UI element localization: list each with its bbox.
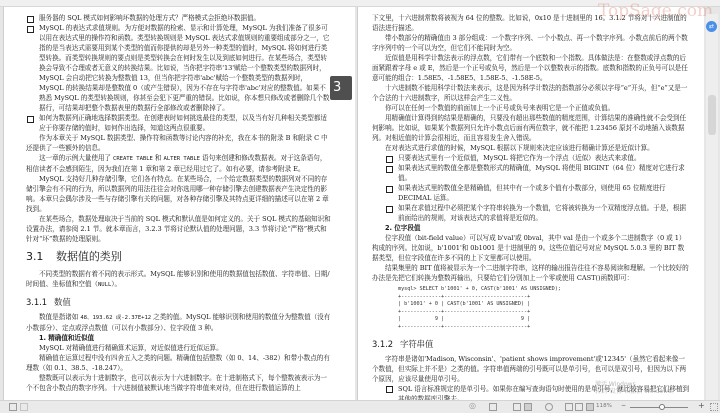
fit-page-icon[interactable] xyxy=(575,403,583,411)
play-icon[interactable] xyxy=(545,403,553,411)
eye-protection-icon[interactable]: ◎ xyxy=(469,401,478,409)
zoom-level[interactable]: 118% xyxy=(596,403,612,409)
fit-width-icon[interactable] xyxy=(565,403,573,411)
zoom-out-button[interactable]: − xyxy=(621,402,626,409)
paragraph: MySQL 支持好几种存储引擎，它们各有特点。在某些场合，一个给定数据类型的数据… xyxy=(26,174,331,214)
page-right: 下文里，十六进制常数将被视为 64 位的整数。比如说，0x10 是十进制里的 1… xyxy=(357,7,704,400)
paragraph: 在对表达式进行求值的时候，MySQL 根据以下规则来决定应该进行精确计算还是近似… xyxy=(372,143,690,153)
paragraph: 你可以在任何一个数值的前面加上一个正号或负号来表明它是一个正值或负值。 xyxy=(372,103,690,113)
text: ）。 xyxy=(111,280,121,288)
fullscreen-icon[interactable] xyxy=(710,403,718,411)
section-title: 数据值的类别 xyxy=(56,250,122,263)
bullet-item: 如果在求值过程中必须把某个字符串转换为一个数值，它将被转换为一个双精度浮点值。于… xyxy=(385,203,690,223)
paragraph: 用精确值计算得到的结果是精确的，只要没有超出那些数值的精度范围，计算结果的准确性… xyxy=(372,113,690,143)
subsection-title: 数值 xyxy=(54,297,71,307)
watermark: TopSage.com xyxy=(598,1,713,21)
scrollbar-thumb[interactable] xyxy=(708,95,716,135)
text: 不同类型的数据有着不同的表示形式。MySQL 能够识别和使用的数据值包括数值、字… xyxy=(26,270,330,288)
subsection-heading: 3.1.2字符串值 xyxy=(372,338,690,351)
subsection-number: 3.1.1 xyxy=(26,296,54,309)
bullet-item: MySQL 的表达式求值规则。为方便对数据的检索、显示和计算处理，MySQL 为… xyxy=(26,23,331,113)
code-inline: 48、193.62 或-2.37E+12 xyxy=(80,315,151,321)
collapse-icon[interactable] xyxy=(20,403,28,411)
paragraph: 十六进制数不能用科学计数法来表示，这是因为科学计数法的指数部分必须以字母“e”开… xyxy=(372,83,690,103)
subsection-title: 字符串值 xyxy=(400,339,433,349)
paragraph: 不同类型的数据有着不同的表示形式。MySQL 能够识别和使用的数据值包括数值、字… xyxy=(26,269,331,290)
paragraph: 字符串是诸如'Madison, Wisconsin'、'patient show… xyxy=(372,354,690,384)
bullet-item: 如果表达式里的数值全是精确值，但其中有一个或多个值有小数部分，则使用 65 位精… xyxy=(385,183,690,203)
page-view-icon[interactable] xyxy=(513,403,521,411)
section-number: 3.1 xyxy=(26,249,56,265)
activate-line-2: 转到"设置"以激活 Windows。 xyxy=(595,388,677,395)
subsection-number: 3.1.2 xyxy=(372,338,400,351)
paragraph: 位字段值（bit-field value）可以写成 b'val'或 0bval，… xyxy=(372,233,690,263)
paragraph: 近似值是用科学计数法表示的浮点数，它们带有一个底数和一个指数。具体做法是：在整数… xyxy=(372,53,690,83)
paragraph: 在某些场合，数据处理取决于当前的 SQL 模式和默认值是如何定义的。关于 SQL… xyxy=(26,214,331,244)
page-left: 服务器的 SQL 模式如何影响坏数据的处理方式？严格模式会拒绝坏数据值。 MyS… xyxy=(3,7,355,400)
paragraph: 带小数部分的精确值由 3 部分组成：一个数字序列、一个小数点、再一个数字序列。小… xyxy=(372,33,690,53)
section-heading: 3.1数据值的类别 xyxy=(26,249,331,265)
paragraph: 数值是指诸如 48、193.62 或-2.37E+12 之类的值。MySQL 能… xyxy=(26,312,331,333)
code-inline: NULL xyxy=(98,282,111,288)
sub-heading: 1. 精确值和近似值 xyxy=(26,333,331,343)
sub-heading: 2. 位字段值 xyxy=(372,223,690,233)
code-inline: CREATE TABLE xyxy=(113,156,153,162)
bullet-item: 只要表达式里有一个近似值，MySQL 将把它作为一个浮点（近似）表达式来求值。 xyxy=(385,153,690,163)
bullet-item: 如果表达式里的数值全都是整数形式的精确值，MySQL 将使用 BIGINT（64… xyxy=(385,163,690,183)
activate-windows-notice: 激活 Windows 转到"设置"以激活 Windows。 xyxy=(595,381,677,395)
bullet-item: 如何为数据列正确地选择数据类型。在创建表时如何挑选最佳的类型，以及当有好几种相关… xyxy=(26,113,331,133)
zoom-slider-knob[interactable] xyxy=(659,404,665,410)
vertical-scrollbar[interactable] xyxy=(706,14,718,407)
zoom-in-button[interactable]: + xyxy=(698,401,705,410)
paragraph: MySQL 对精确值进行精确算术运算，对近似值进行近似运算。 xyxy=(26,343,331,353)
page-number-badge[interactable]: 3 xyxy=(330,76,352,100)
text: 这一章的示例大量使用了 xyxy=(39,154,113,162)
translate-icon[interactable]: ⇄ xyxy=(706,21,717,32)
two-page-icon[interactable] xyxy=(524,403,532,411)
subsection-heading: 3.1.1数值 xyxy=(26,296,331,309)
paragraph: 作为本章关于 MySQL 数据类型、操作符和函数等讨论内容的补充，我在本书的附录… xyxy=(26,133,331,153)
bullet-item: 服务器的 SQL 模式如何影响坏数据的处理方式？严格模式会拒绝坏数据值。 xyxy=(26,13,331,23)
activate-line-1: 激活 Windows xyxy=(595,381,677,388)
page-left-content: 服务器的 SQL 模式如何影响坏数据的处理方式？严格模式会拒绝坏数据值。 MyS… xyxy=(26,13,331,393)
paragraph: 整数既可以表示为十进制数字，也可以表示为十六进制数字。在十进制格式下，每个整数被… xyxy=(26,373,331,393)
text: 和 xyxy=(153,154,164,162)
code-inline: ALTER TABLE xyxy=(164,156,201,162)
paragraph: 精确值在运算过程中没有四舍五入之类的问题。精确值包括整数（如 0、14、-382… xyxy=(26,353,331,373)
page-right-content: 下文里，十六进制常数将被视为 64 位的整数。比如说，0x10 是十进制里的 1… xyxy=(372,13,690,400)
code-block: mysql> SELECT b'1001' + 0, CAST(b'1001' … xyxy=(398,286,690,332)
status-bar: ◎ 118% − + xyxy=(0,400,720,413)
text: 数值是指诸如 xyxy=(39,313,80,321)
expand-icon[interactable] xyxy=(9,403,17,411)
paragraph: 这一章的示例大量使用了 CREATE TABLE 和 ALTER TABLE 语… xyxy=(26,153,331,174)
single-page-icon[interactable] xyxy=(489,403,497,411)
paragraph: 结果集里的 BIT 值将被显示为一个二进制字符串，这样的输出报告往往不容易阅读和… xyxy=(372,263,690,283)
document-viewport[interactable]: 服务器的 SQL 模式如何影响坏数据的处理方式？严格模式会拒绝坏数据值。 MyS… xyxy=(0,7,720,400)
actual-size-icon[interactable] xyxy=(586,403,594,411)
